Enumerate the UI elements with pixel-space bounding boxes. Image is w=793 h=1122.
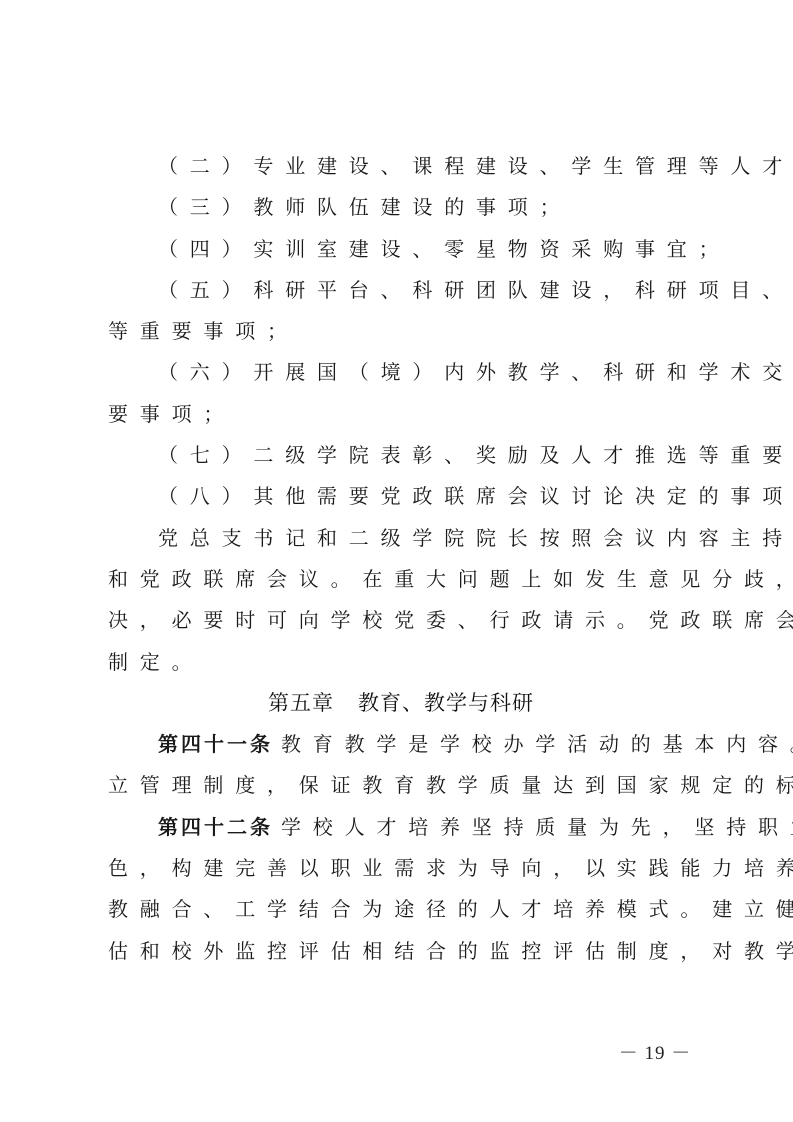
article-42-line: 色，构建完善以职业需求为导向，以实践能力培养为重点，以产: [108, 848, 694, 889]
paragraph-line: 和党政联席会议。在重大问题上如发生意见分歧，应及时协商解: [108, 559, 694, 600]
paragraph-line: 制定。: [108, 642, 694, 683]
article-41-line: 第四十一条教育教学是学校办学活动的基本内容。学校建: [108, 724, 694, 765]
chapter-title: 教育、教学与科研: [358, 691, 534, 715]
list-item-6-continued: 要事项；: [108, 394, 694, 435]
paragraph-line: 党总支书记和二级学院院长按照会议内容主持党总支会议: [108, 518, 694, 559]
list-item-2: （二）专业建设、课程建设、学生管理等人才培养事宜；: [108, 146, 694, 187]
paragraph-line: 决，必要时可向学校党委、行政请示。党政联席会议事规则另行: [108, 600, 694, 641]
page-content: （二）专业建设、课程建设、学生管理等人才培养事宜； （三）教师队伍建设的事项； …: [108, 146, 694, 972]
page-number: － 19 －: [600, 1038, 710, 1065]
article-label: 第四十二条: [158, 815, 273, 839]
article-text: 学校人才培养坚持质量为先，坚持职业教育特: [281, 815, 793, 839]
list-item-3: （三）教师队伍建设的事项；: [108, 187, 694, 228]
list-item-5: （五）科研平台、科研团队建设，科研项目、科研成果转化: [108, 270, 694, 311]
document-page: （二）专业建设、课程建设、学生管理等人才培养事宜； （三）教师队伍建设的事项； …: [0, 0, 793, 1122]
article-41-line: 立管理制度，保证教育教学质量达到国家规定的标准。: [108, 765, 694, 806]
list-item-6: （六）开展国（境）内外教学、科研和学术交流合作中的重: [108, 352, 694, 393]
article-42-line: 教融合、工学结合为途径的人才培养模式。建立健全自我监控评: [108, 889, 694, 930]
article-label: 第四十一条: [158, 732, 273, 756]
chapter-number: 第五章: [268, 691, 334, 715]
list-item-4: （四）实训室建设、零星物资采购事宜；: [108, 229, 694, 270]
article-42-line: 第四十二条学校人才培养坚持质量为先，坚持职业教育特: [108, 807, 694, 848]
article-text: 教育教学是学校办学活动的基本内容。学校建: [281, 732, 793, 756]
chapter-heading: 第五章教育、教学与科研: [108, 683, 694, 724]
article-42-line: 估和校外监控评估相结合的监控评估制度，对教学管理、教学质: [108, 931, 694, 972]
list-item-7: （七）二级学院表彰、奖励及人才推选等重要事项；: [108, 435, 694, 476]
list-item-5-continued: 等重要事项；: [108, 311, 694, 352]
list-item-8: （八）其他需要党政联席会议讨论决定的事项。: [108, 476, 694, 517]
